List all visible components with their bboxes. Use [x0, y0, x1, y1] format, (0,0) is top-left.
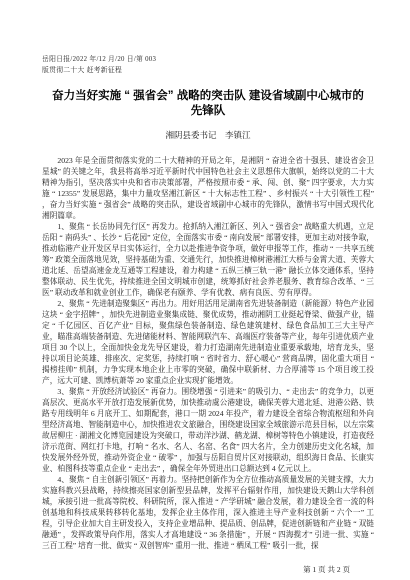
edition-column-line: 版贯彻二十大 赶考新征程 [42, 65, 374, 76]
page-number: 第 1 页 共 2 页 [42, 565, 374, 575]
source-date-line: 岳阳日报/2022 年/12 月/20 日/第 003 [42, 54, 374, 65]
paragraph-3: 3、聚焦 “ 开放经济试验区” 再奋力。围绕增强 “ 引进来” 的吸引力、“ 走… [42, 386, 374, 474]
paragraph-4: 4、聚焦 “ 自主创新引领区” 再着力。坚持把创新作为全方位推动高质量发展的关键… [42, 474, 374, 551]
article-byline: 湘阴县委书记 李镇江 [42, 130, 374, 141]
paragraph-intro: 2023 年是全面贯彻落实党的二十大精神的开局之年，是湘阴 “ 奋进全省十强县、… [42, 155, 374, 221]
document-header: 岳阳日报/2022 年/12 月/20 日/第 003 版贯彻二十大 赶考新征程 [42, 54, 374, 76]
article-title: 奋力当好实施 “ 强省会” 战略的突击队 建设省域副中心城市的先锋队 [48, 89, 368, 119]
document-page: 岳阳日报/2022 年/12 月/20 日/第 003 版贯彻二十大 赶考新征程… [0, 0, 410, 580]
paragraph-2: 2、聚焦 “ 先进制造聚集区” 再出力。用好用活用足湖南省先进装备制造（新能源）… [42, 298, 374, 386]
paragraph-1: 1、聚焦 “ 长岳协同先行区” 再发力。抢抓纳入湘江新区、列入 “ 强省会” 战… [42, 221, 374, 298]
article-body: 2023 年是全面贯彻落实党的二十大精神的开局之年，是湘阴 “ 奋进全省十强县、… [42, 155, 374, 551]
